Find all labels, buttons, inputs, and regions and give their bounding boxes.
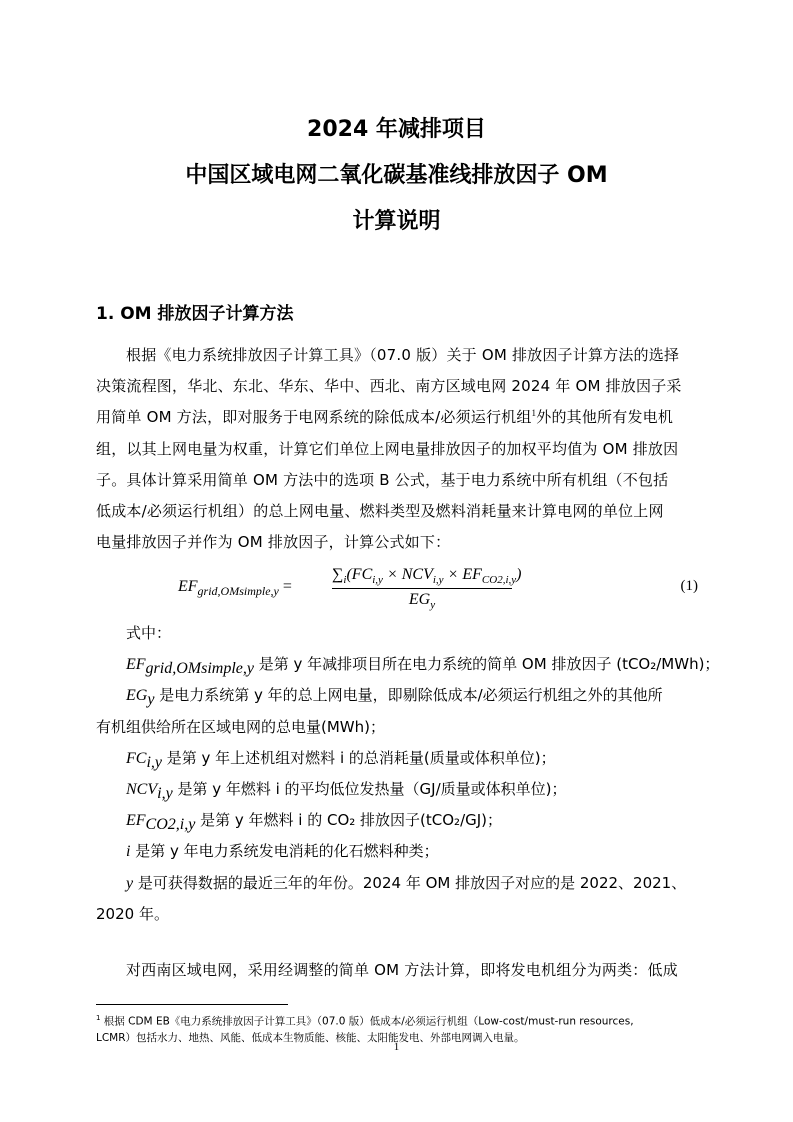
paragraph-text: 用简单 OM 方法，即对服务于电网系统的除低成本/必须运行机组 (96, 408, 532, 426)
definition-text: 是第 y 年燃料 i 的平均低位发热量（GJ/质量或体积单位)； (173, 780, 567, 798)
paragraph-line: 电量排放因子并作为 OM 排放因子，计算公式如下： (96, 527, 698, 558)
variable-symbol: EG (126, 687, 147, 704)
paragraph-line: 决策流程图，华北、东北、华东、华中、西北、南方区域电网 2024 年 OM 排放… (96, 371, 698, 402)
definition-text: 是可获得数据的最近三年的年份。2024 年 OM 排放因子对应的是 2022、2… (133, 874, 686, 892)
paragraph-line: 对西南区域电网，采用经调整的简单 OM 方法计算，即将发电机组分为两类：低成 (96, 955, 698, 986)
footnote-text: 根据 CDM EB《电力系统排放因子计算工具》（07.0 版）低成本/必须运行机… (100, 1016, 633, 1028)
variable-subscript: CO2,i,y (146, 816, 196, 833)
equals-sign: = (279, 578, 292, 595)
formula-numerator: ∑i(FCi,y × NCVi,y × EFCO2,i,y) (332, 566, 512, 589)
formula-fraction: ∑i(FCi,y × NCVi,y × EFCO2,i,y) EGy (332, 566, 512, 611)
paragraph-text: 外的其他所有发电机 (536, 408, 673, 426)
title-line-3: 计算说明 (0, 208, 793, 236)
formula-text: × NCV (383, 566, 433, 583)
definitions-intro: 式中： (126, 618, 698, 649)
paragraph-om-method: 根据《电力系统排放因子计算工具》（07.0 版）关于 OM 排放因子计算方法的选… (96, 340, 698, 558)
section-heading: 1. OM 排放因子计算方法 (96, 302, 294, 326)
paragraph-line: 子。具体计算采用简单 OM 方法中的选项 B 公式，基于电力系统中所有机组（不包… (96, 465, 698, 496)
variable-symbol: FC (126, 750, 146, 767)
variable-symbol: EF (126, 812, 146, 829)
definition-ef-grid: EFgrid,OMsimple,y 是第 y 年减排项目所在电力系统的简单 OM… (126, 649, 698, 680)
formula-subscript: i,y (372, 574, 383, 586)
formula-symbol: EG (409, 591, 430, 608)
formula-symbol: EF (178, 578, 198, 595)
definition-y: y 是可获得数据的最近三年的年份。2024 年 OM 排放因子对应的是 2022… (126, 868, 698, 899)
paragraph-southwest-grid: 对西南区域电网，采用经调整的简单 OM 方法计算，即将发电机组分为两类：低成 (96, 955, 698, 986)
variable-subscript: i,y (146, 754, 162, 771)
sum-symbol: ∑ (332, 566, 343, 583)
formula-denominator: EGy (332, 589, 512, 611)
definition-y-continuation: 2020 年。 (96, 899, 698, 930)
footnote-divider (96, 1004, 288, 1005)
footnote-line: 1 根据 CDM EB《电力系统排放因子计算工具》（07.0 版）低成本/必须运… (96, 1010, 698, 1030)
definition-text: 是第 y 年电力系统发电消耗的化石燃料种类； (130, 842, 438, 860)
title-line-1: 2024 年减排项目 (0, 116, 793, 144)
variable-subscript: grid,OMsimple,y (146, 660, 254, 677)
title-line-2: 中国区域电网二氧化碳基准线排放因子 OM (0, 162, 793, 190)
formula-subscript: y (430, 599, 435, 611)
definition-eg: EGy 是电力系统第 y 年的总上网电量，即剔除低成本/必须运行机组之外的其他所 (126, 680, 698, 711)
definition-fc: FCi,y 是第 y 年上述机组对燃料 i 的总消耗量(质量或体积单位)； (126, 743, 698, 774)
variable-subscript: i,y (157, 785, 173, 802)
paragraph-line: 低成本/必须运行机组）的总上网电量、燃料类型及燃料消耗量来计算电网的单位上网 (96, 496, 698, 527)
definition-ef-co2: EFCO2,i,y 是第 y 年燃料 i 的 CO₂ 排放因子(tCO₂/GJ)… (126, 805, 698, 836)
equation-number: (1) (681, 578, 699, 595)
definition-ncv: NCVi,y 是第 y 年燃料 i 的平均低位发热量（GJ/质量或体积单位)； (126, 774, 698, 805)
paragraph-line: 根据《电力系统排放因子计算工具》（07.0 版）关于 OM 排放因子计算方法的选… (96, 340, 698, 371)
paragraph-line: 组，以其上网电量为权重，计算它们单位上网电量排放因子的加权平均值为 OM 排放因 (96, 434, 698, 465)
definition-text: 是第 y 年燃料 i 的 CO₂ 排放因子(tCO₂/GJ)； (195, 811, 502, 829)
formula-om-emission-factor: EFgrid,OMsimple,y = ∑i(FCi,y × NCVi,y × … (178, 566, 698, 612)
definition-text: 是第 y 年上述机组对燃料 i 的总消耗量(质量或体积单位)； (162, 749, 556, 767)
definition-i: i 是第 y 年电力系统发电消耗的化石燃料种类； (126, 836, 698, 867)
definition-eg-continuation: 有机组供给所在区域电网的总电量(MWh)； (96, 712, 698, 743)
variable-symbol: EF (126, 656, 146, 673)
variable-symbol: NCV (126, 781, 157, 798)
formula-subscript: CO2,i,y (482, 574, 516, 586)
definition-text: 是电力系统第 y 年的总上网电量，即剔除低成本/必须运行机组之外的其他所 (154, 686, 662, 704)
formula-subscript: grid,OMsimple,y (198, 584, 279, 598)
definition-text: 是第 y 年减排项目所在电力系统的简单 OM 排放因子 (tCO₂/MWh)； (254, 655, 719, 673)
formula-text: × EF (444, 566, 482, 583)
page-number: 1 (0, 1041, 793, 1053)
document-page: 2024 年减排项目 中国区域电网二氧化碳基准线排放因子 OM 计算说明 1. … (0, 0, 793, 1122)
formula-lhs: EFgrid,OMsimple,y = (178, 578, 292, 599)
formula-subscript: i,y (433, 574, 444, 586)
variable-definitions: 式中： EFgrid,OMsimple,y 是第 y 年减排项目所在电力系统的简… (126, 618, 698, 930)
formula-text: (FC (346, 566, 372, 583)
paragraph-line: 用简单 OM 方法，即对服务于电网系统的除低成本/必须运行机组1外的其他所有发电… (96, 402, 698, 433)
formula-text: ) (516, 566, 521, 583)
